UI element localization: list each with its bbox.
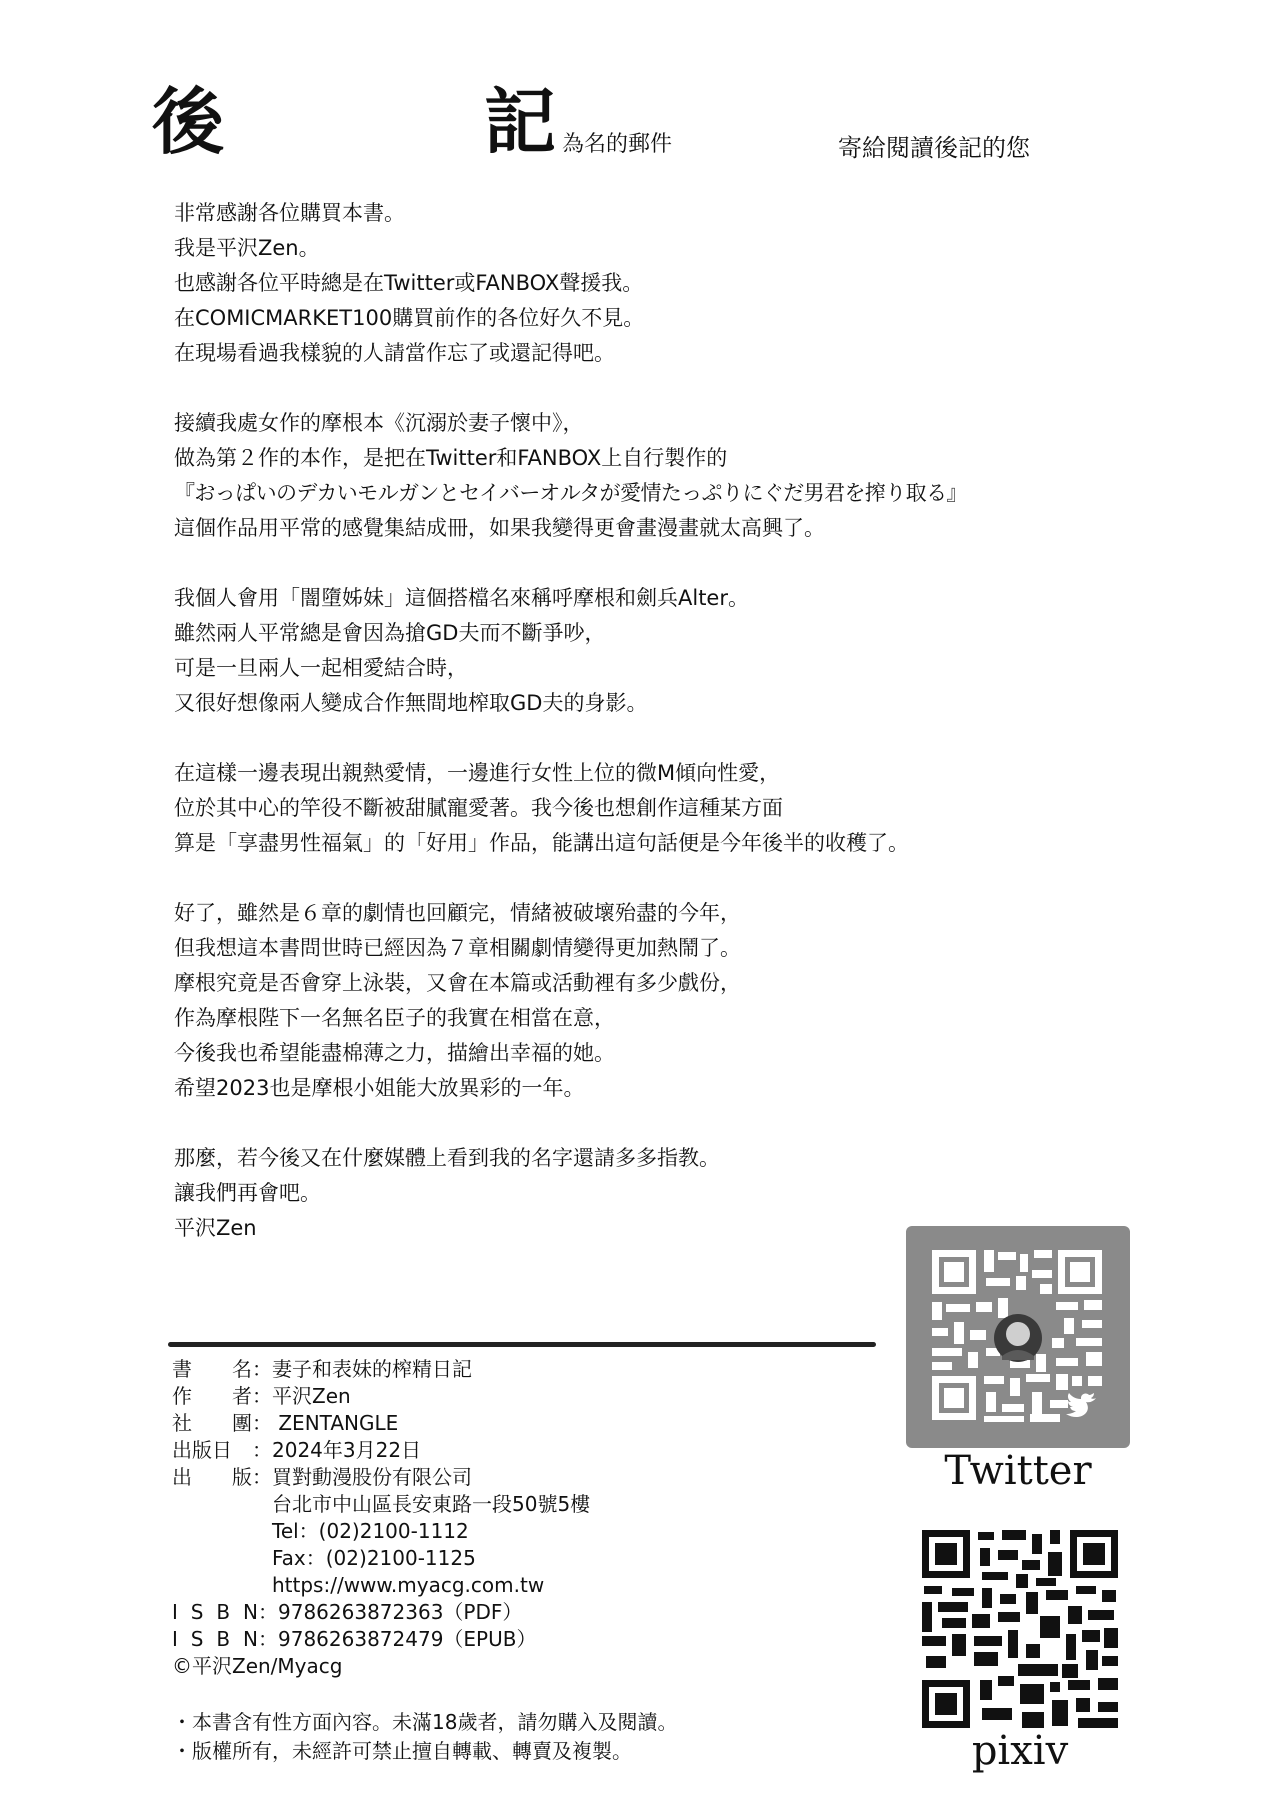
label-char: 團	[232, 1410, 252, 1437]
publisher-address: 台北市中山區長安東路一段50號5樓	[272, 1491, 590, 1518]
label-char: 者	[232, 1383, 252, 1410]
body-line: 讓我們再會吧。	[174, 1176, 1174, 1211]
isbn-pdf-value: 9786263872363（PDF）	[278, 1599, 522, 1626]
label-char: B	[216, 1626, 230, 1653]
qr-pattern-icon	[906, 1226, 1130, 1448]
body-line: 可是一旦兩人一起相愛結合時，	[174, 651, 1174, 686]
label-char: 版	[232, 1464, 252, 1491]
body-line: 在現場看過我樣貌的人請當作忘了或還記得吧。	[174, 336, 1174, 371]
afterword-body: 非常感謝各位購買本書。 我是平沢Zen。 也感謝各位平時總是在Twitter或F…	[174, 196, 1174, 1246]
label-char: N	[243, 1599, 258, 1626]
colophon-row-date: 出版日 ： 2024年3月22日	[172, 1437, 590, 1464]
label-char: N	[243, 1626, 258, 1653]
label-char: 出	[172, 1464, 192, 1491]
colophon-row-circle: 社團 ： ZENTANGLE	[172, 1410, 590, 1437]
colophon-row-address: 台北市中山區長安東路一段50號5樓	[172, 1491, 590, 1518]
paragraph-4: 在這樣一邊表現出親熱愛情，一邊進行女性上位的微M傾向性愛， 位於其中心的竿役不斷…	[174, 756, 1174, 861]
paragraph-3: 我個人會用「闇墮姊妹」這個搭檔名來稱呼摩根和劍兵Alter。 雖然兩人平常總是會…	[174, 581, 1174, 721]
body-line: 雖然兩人平常總是會因為搶GD夫而不斷爭吵，	[174, 616, 1174, 651]
note-copyright: ・版權所有，未經許可禁止擅自轉載、轉賣及複製。	[172, 1737, 677, 1766]
twitter-qr-code[interactable]	[906, 1226, 1130, 1448]
body-line: 在COMICMARKET100購買前作的各位好久不見。	[174, 301, 1174, 336]
label-char: 作	[172, 1383, 192, 1410]
colophon-row-title: 書名 ： 妻子和表妹的榨精日記	[172, 1356, 590, 1383]
label-sep: ：	[252, 1356, 272, 1383]
body-line: 我是平沢Zen。	[174, 231, 1174, 266]
colophon: 書名 ： 妻子和表妹的榨精日記 作者 ： 平沢Zen 社團 ： ZENTANGL…	[172, 1356, 590, 1680]
body-line: 接續我處女作的摩根本《沉溺於妻子懷中》，	[174, 406, 1174, 441]
body-line: 但我想這本書問世時已經因為７章相關劇情變得更加熱鬧了。	[174, 931, 1174, 966]
pixiv-qr-code[interactable]	[922, 1530, 1118, 1728]
body-line: 又很好想像兩人變成合作無間地榨取GD夫的身影。	[174, 686, 1174, 721]
colophon-row-isbn-epub: ISBN ： 9786263872479（EPUB）	[172, 1626, 590, 1653]
label-char: I	[172, 1599, 178, 1626]
paragraph-5: 好了，雖然是６章的劇情也回顧完，情緒被破壞殆盡的今年， 但我想這本書問世時已經因…	[174, 896, 1174, 1106]
legal-notes: ・本書含有性方面內容。未滿18歲者，請勿購入及閱讀。 ・版權所有，未經許可禁止擅…	[172, 1708, 677, 1766]
body-line: 摩根究竟是否會穿上泳裝，又會在本篇或活動裡有多少戲份，	[174, 966, 1174, 1001]
body-line: 非常感謝各位購買本書。	[174, 196, 1174, 231]
qr-pattern-icon	[922, 1530, 1118, 1728]
body-line: 作為摩根陛下一名無名臣子的我實在相當在意，	[174, 1001, 1174, 1036]
body-line: 在這樣一邊表現出親熱愛情，一邊進行女性上位的微M傾向性愛，	[174, 756, 1174, 791]
publisher-tel: Tel：(02)2100-1112	[272, 1518, 469, 1545]
body-line: 位於其中心的竿役不斷被甜膩寵愛著。我今後也想創作這種某方面	[174, 791, 1174, 826]
label-text: 出版日	[172, 1437, 232, 1464]
circle-value: ZENTANGLE	[272, 1410, 398, 1437]
body-line: 做為第２作的本作，是把在Twitter和FANBOX上自行製作的	[174, 441, 1174, 476]
colophon-row-url: https://www.myacg.com.tw	[172, 1572, 590, 1599]
label-sep: ：	[252, 1437, 272, 1464]
colophon-divider	[168, 1342, 876, 1347]
body-line: 那麼，若今後又在什麼媒體上看到我的名字還請多多指教。	[174, 1141, 1174, 1176]
colophon-row-fax: Fax：(02)2100-1125	[172, 1545, 590, 1572]
publish-date-value: 2024年3月22日	[272, 1437, 421, 1464]
label-sep: ：	[252, 1464, 272, 1491]
isbn-epub-value: 9786263872479（EPUB）	[278, 1626, 536, 1653]
twitter-label: Twitter	[906, 1448, 1130, 1494]
label-char: I	[172, 1626, 178, 1653]
colophon-row-isbn-pdf: ISBN ： 9786263872363（PDF）	[172, 1599, 590, 1626]
note-age-restriction: ・本書含有性方面內容。未滿18歲者，請勿購入及閱讀。	[172, 1708, 677, 1737]
body-line: 這個作品用平常的感覺集結成冊，如果我變得更會畫漫畫就太高興了。	[174, 511, 1174, 546]
publisher-value: 買對動漫股份有限公司	[272, 1464, 472, 1491]
label-char: B	[216, 1599, 230, 1626]
colophon-row-author: 作者 ： 平沢Zen	[172, 1383, 590, 1410]
copyright-text: ©平沢Zen/Myacg	[172, 1653, 342, 1680]
paragraph-1: 非常感謝各位購買本書。 我是平沢Zen。 也感謝各位平時總是在Twitter或F…	[174, 196, 1174, 371]
twitter-bird-icon	[1066, 1393, 1096, 1417]
body-line: 我個人會用「闇墮姊妹」這個搭檔名來稱呼摩根和劍兵Alter。	[174, 581, 1174, 616]
pixiv-label: pixiv	[922, 1728, 1118, 1774]
label-char: S	[191, 1626, 204, 1653]
label-char: 名	[232, 1356, 252, 1383]
title-char-after: 後	[152, 86, 224, 158]
body-line: 今後我也希望能盡棉薄之力，描繪出幸福的她。	[174, 1036, 1174, 1071]
publisher-fax: Fax：(02)2100-1125	[272, 1545, 476, 1572]
label-sep: ：	[252, 1383, 272, 1410]
label-sep: ：	[258, 1599, 278, 1626]
label-sep: ：	[258, 1626, 278, 1653]
title-char-record: 記	[484, 86, 556, 158]
label-char: 書	[172, 1356, 192, 1383]
paragraph-2: 接續我處女作的摩根本《沉溺於妻子懷中》， 做為第２作的本作，是把在Twitter…	[174, 406, 1174, 546]
body-line: 也感謝各位平時總是在Twitter或FANBOX聲援我。	[174, 266, 1174, 301]
body-line: 希望2023也是摩根小姐能大放異彩的一年。	[174, 1071, 1174, 1106]
publisher-url[interactable]: https://www.myacg.com.tw	[272, 1572, 544, 1599]
colophon-row-publisher: 出版 ： 買對動漫股份有限公司	[172, 1464, 590, 1491]
colophon-copyright: ©平沢Zen/Myacg	[172, 1653, 590, 1680]
book-title-value: 妻子和表妹的榨精日記	[272, 1356, 472, 1383]
label-char: 社	[172, 1410, 192, 1437]
body-line: 『おっぱいのデカいモルガンとセイバーオルタが愛情たっぷりにぐだ男君を搾り取る』	[174, 476, 1174, 511]
body-line: 算是「享盡男性福氣」的「好用」作品，能講出這句話便是今年後半的收穫了。	[174, 826, 1174, 861]
colophon-row-tel: Tel：(02)2100-1112	[172, 1518, 590, 1545]
right-subtitle: 寄給閱讀後記的您	[838, 136, 1030, 160]
title-subtitle: 為名的郵件	[562, 134, 672, 156]
body-line: 好了，雖然是６章的劇情也回顧完，情緒被破壞殆盡的今年，	[174, 896, 1174, 931]
author-value: 平沢Zen	[272, 1383, 351, 1410]
label-sep: ：	[252, 1410, 272, 1437]
label-char: S	[191, 1599, 204, 1626]
